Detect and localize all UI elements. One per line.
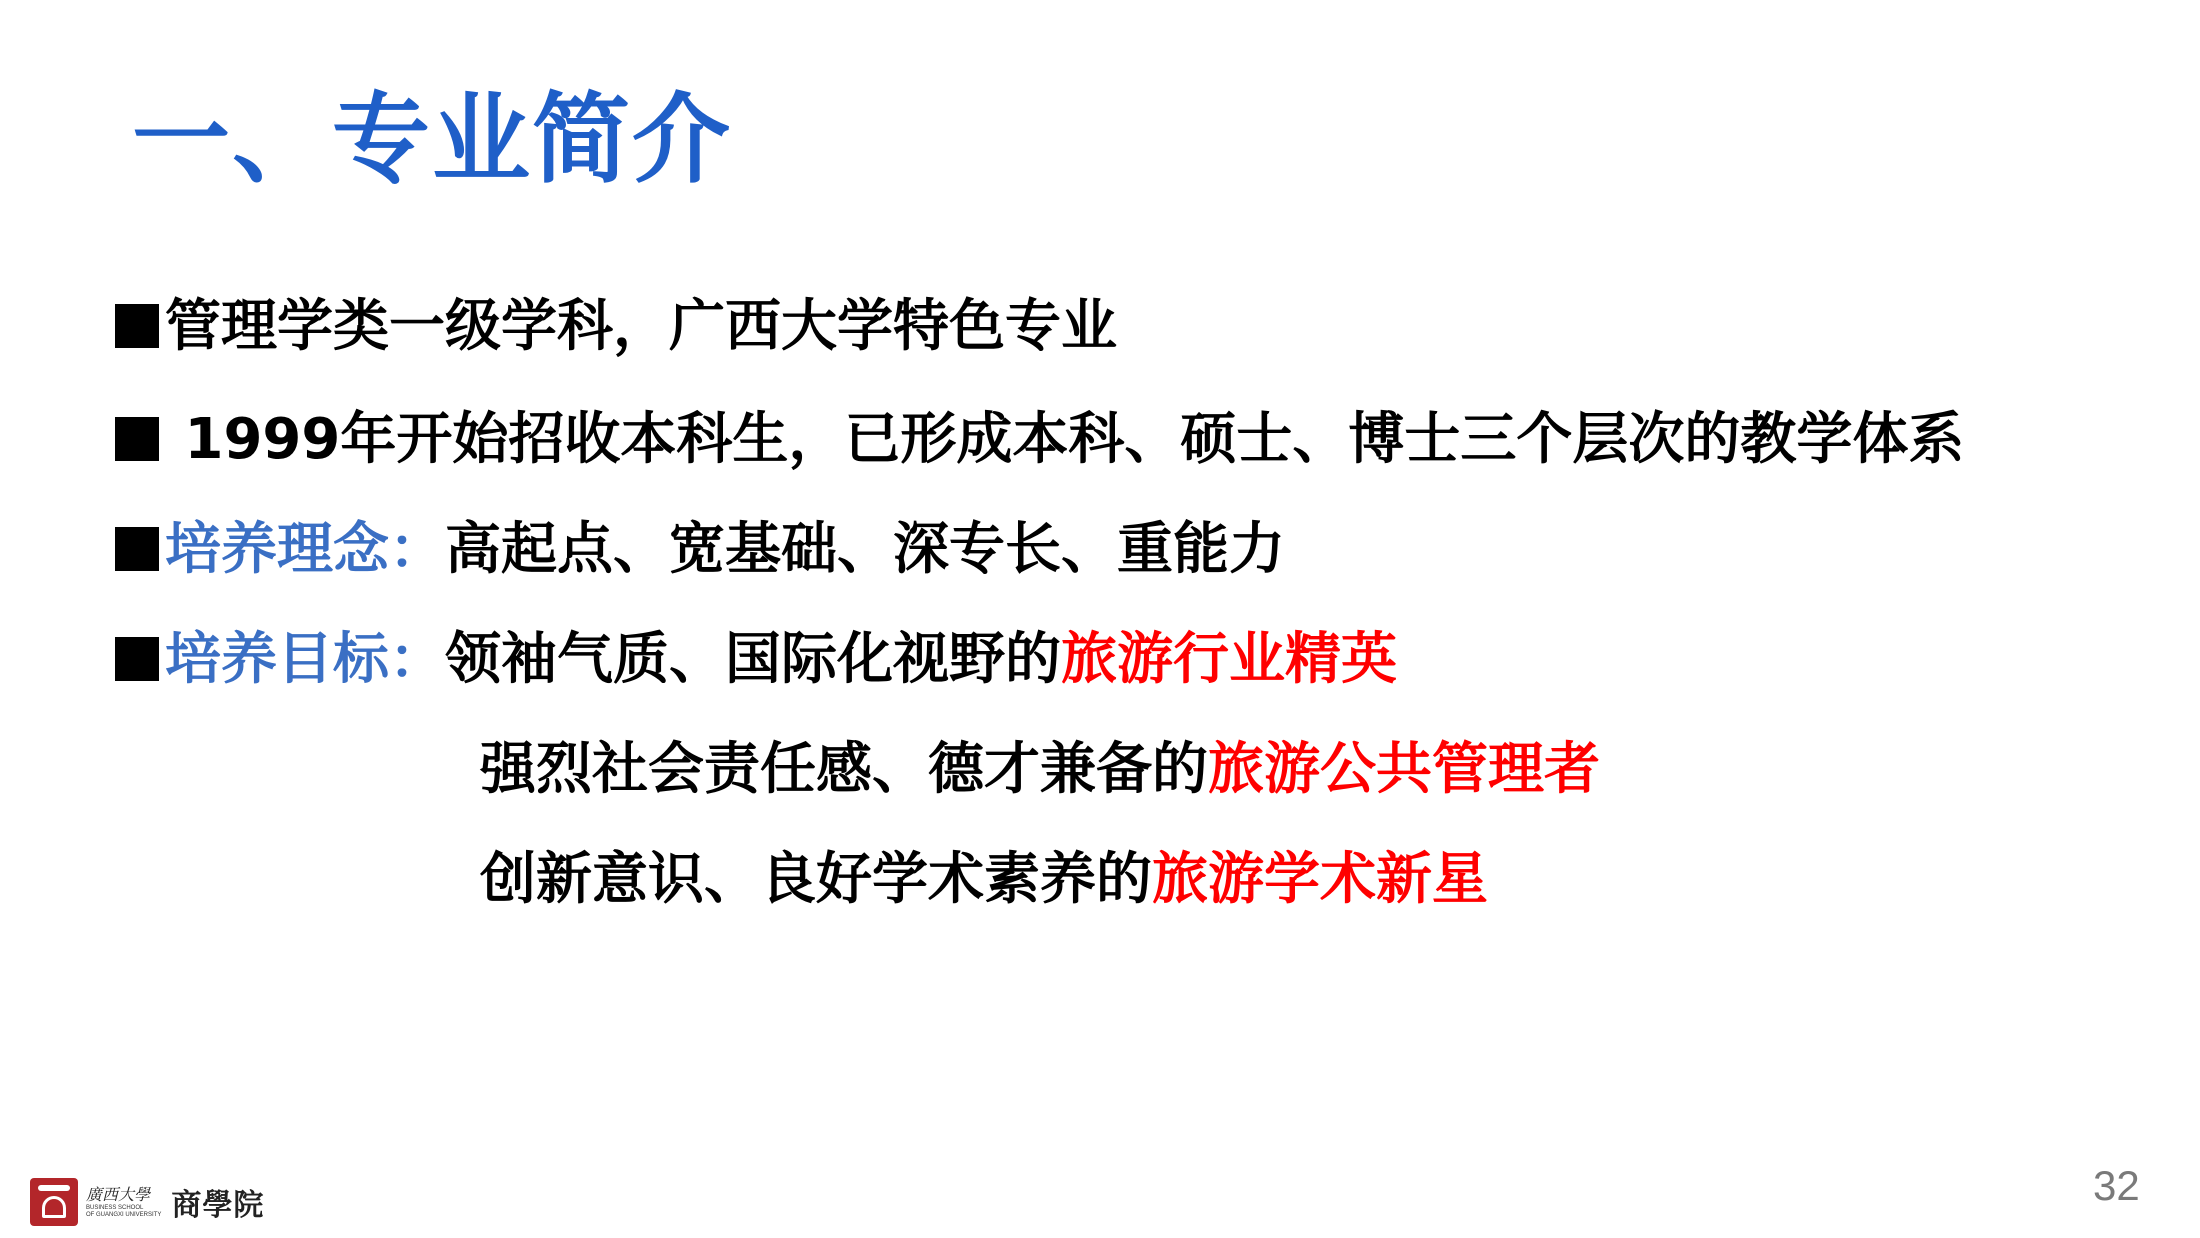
square-bullet-icon (115, 417, 159, 461)
logo-english-line1: BUSINESS SCHOOL (86, 1205, 161, 1212)
logo-english-line2: OF GUANGXI UNIVERSITY (86, 1212, 161, 1219)
goal-continuation: 强烈社会责任感、德才兼备的旅游公共管理者 (480, 735, 1600, 805)
goal-text: 创新意识、良好学术素养的 (480, 847, 1152, 912)
goal-continuation: 创新意识、良好学术素养的旅游学术新星 (480, 845, 1488, 915)
goal-text: 强烈社会责任感、德才兼备的 (480, 737, 1208, 802)
bullet-item: 管理学类一级学科，广西大学特色专业 (115, 292, 1117, 362)
bullet-label: 培养理念： (165, 517, 445, 582)
slide-title: 一、专业简介 (132, 80, 732, 200)
bullet-text: 管理学类一级学科，广西大学特色专业 (165, 294, 1117, 359)
logo-university-name: 廣西大學 (86, 1185, 161, 1205)
highlight-text: 旅游学术新星 (1152, 847, 1488, 912)
square-bullet-icon (115, 527, 159, 571)
bullet-text: 领袖气质、国际化视野的 (445, 627, 1061, 692)
bullet-item: 培养理念：高起点、宽基础、深专长、重能力 (115, 515, 1285, 585)
bullet-label: 培养目标： (165, 627, 445, 692)
school-logo: 廣西大學 BUSINESS SCHOOL OF GUANGXI UNIVERSI… (30, 1178, 264, 1226)
university-seal-icon (30, 1178, 78, 1226)
bullet-text: 高起点、宽基础、深专长、重能力 (445, 517, 1285, 582)
page-number: 32 (2093, 1162, 2140, 1210)
square-bullet-icon (115, 304, 159, 348)
square-bullet-icon (115, 637, 159, 681)
highlight-text: 旅游公共管理者 (1208, 737, 1600, 802)
logo-school-name: 商學院 (171, 1180, 264, 1224)
logo-text: 廣西大學 BUSINESS SCHOOL OF GUANGXI UNIVERSI… (86, 1185, 161, 1219)
bullet-item: 1999年开始招收本科生，已形成本科、硕士、博士三个层次的教学体系 (115, 405, 1964, 475)
bullet-item: 培养目标：领袖气质、国际化视野的旅游行业精英 (115, 625, 1397, 695)
bullet-text: 1999年开始招收本科生，已形成本科、硕士、博士三个层次的教学体系 (165, 407, 1964, 472)
highlight-text: 旅游行业精英 (1061, 627, 1397, 692)
